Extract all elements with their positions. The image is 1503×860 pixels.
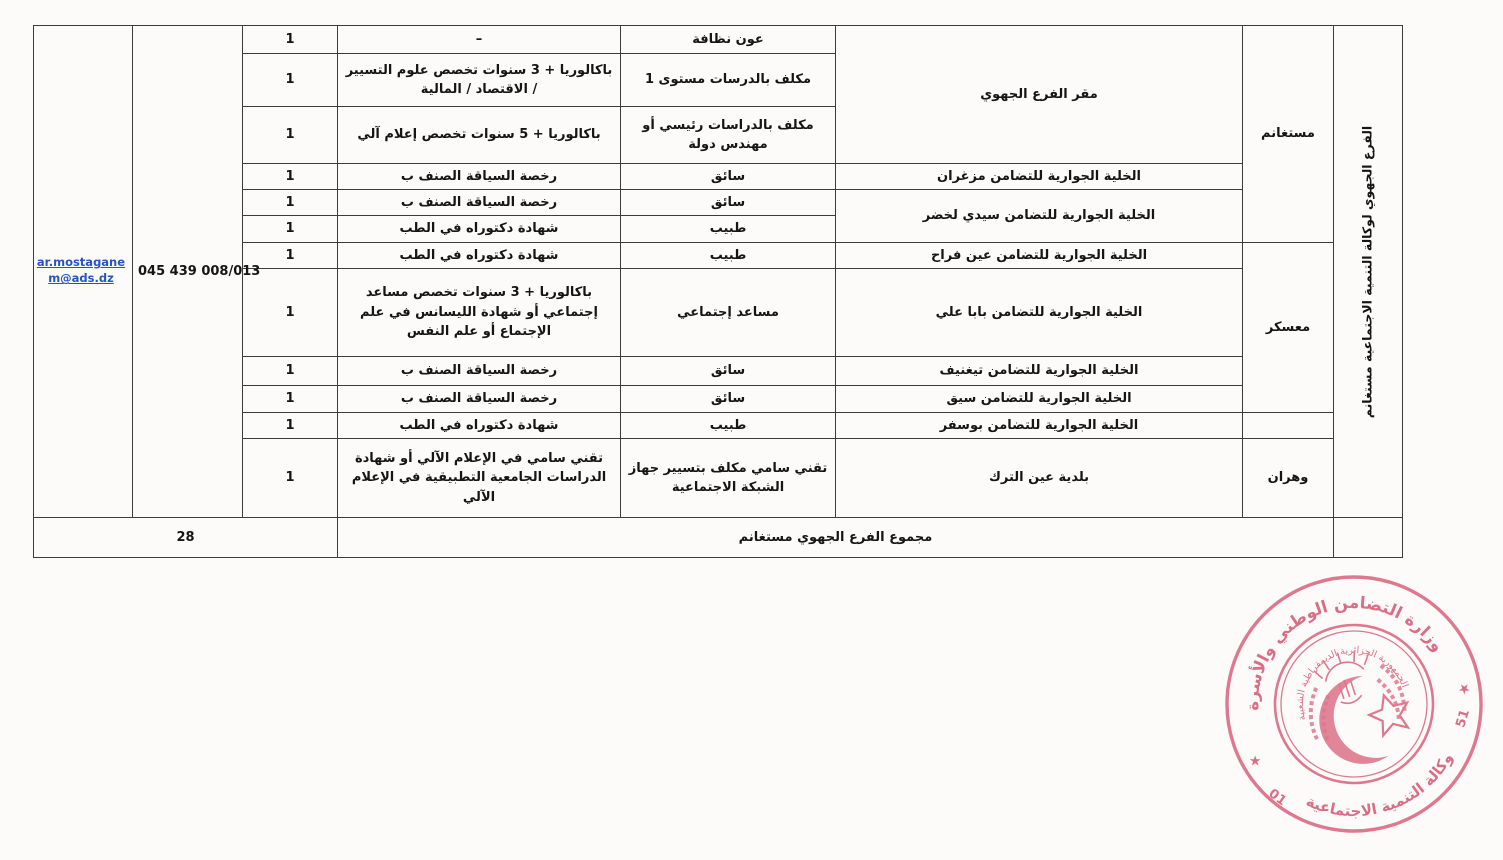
job-title-cell: طبيب xyxy=(621,216,836,243)
qualification-cell: – xyxy=(338,26,621,54)
wilaya-cell-mostaganem: مستغانم xyxy=(1243,26,1334,243)
qualification-cell: رخصة السياقة الصنف ب xyxy=(338,386,621,413)
total-row: مجموع الفرع الجهوي مستغانم 28 xyxy=(34,518,1403,558)
count-cell: 1 xyxy=(243,386,338,413)
branch-vertical-title-cell: الفرع الجهوي لوكالة التنمية الاجتماعية م… xyxy=(1334,26,1403,518)
branch-vertical-title: الفرع الجهوي لوكالة التنمية الاجتماعية م… xyxy=(1359,125,1378,417)
qualification-cell: رخصة السياقة الصنف ب xyxy=(338,190,621,216)
job-title-cell: سائق xyxy=(621,164,836,190)
location-cell-baba-ali: الخلية الجوارية للتضامن بابا علي xyxy=(836,269,1243,357)
qualification-cell: باكالوريا + 3 سنوات تخصص مساعد إجتماعي أ… xyxy=(338,269,621,357)
count-cell: 1 xyxy=(243,269,338,357)
qualification-cell: شهادة دكتوراه في الطب xyxy=(338,413,621,439)
official-stamp: وزارة التضامن الوطني والأسرة وكالة التنم… xyxy=(1208,558,1500,850)
location-cell-sig: الخلية الجوارية للتضامن سيق xyxy=(836,386,1243,413)
job-title-cell: عون نظافة xyxy=(621,26,836,54)
stamp-star-right-icon: ★ xyxy=(1455,679,1475,699)
job-title-cell: مكلف بالدرسات مستوى 1 xyxy=(621,54,836,107)
total-label: مجموع الفرع الجهوي مستغانم xyxy=(338,518,1334,558)
scanned-document-page: الفرع الجهوي لوكالة التنمية الاجتماعية م… xyxy=(0,0,1503,860)
stamp-ring-bottom-text: وكالة التنمية الاجتماعية xyxy=(1299,746,1466,839)
qualification-cell: شهادة دكتوراه في الطب xyxy=(338,243,621,269)
qualification-cell: شهادة دكتوراه في الطب xyxy=(338,216,621,243)
job-title-cell: طبيب xyxy=(621,413,836,439)
count-cell: 1 xyxy=(243,216,338,243)
location-cell-ain-el-turk: بلدية عين الترك xyxy=(836,439,1243,518)
qualification-cell: رخصة السياقة الصنف ب xyxy=(338,164,621,190)
wilaya-cell-empty xyxy=(1243,413,1334,439)
count-cell: 1 xyxy=(243,26,338,54)
email-link[interactable]: ar.mostaganem@ads.dz xyxy=(35,254,127,286)
count-cell: 1 xyxy=(243,190,338,216)
job-title-cell: طبيب xyxy=(621,243,836,269)
count-cell: 1 xyxy=(243,164,338,190)
stamp-number-left: 01 xyxy=(1266,786,1289,809)
qualification-cell: تقني سامي في الإعلام الآلي أو شهادة الدر… xyxy=(338,439,621,518)
qualification-cell: رخصة السياقة الصنف ب xyxy=(338,357,621,386)
location-cell-hq: مقر الفرع الجهوي xyxy=(836,26,1243,164)
phone-number: 045 439 008/013 xyxy=(133,26,243,518)
count-cell: 1 xyxy=(243,439,338,518)
wilaya-cell-oran: وهران xyxy=(1243,439,1334,518)
job-title-cell: سائق xyxy=(621,357,836,386)
wilaya-cell-mascara: معسكر xyxy=(1243,243,1334,413)
stamp-number-right: 51 xyxy=(1453,708,1473,730)
table-row: الفرع الجهوي لوكالة التنمية الاجتماعية م… xyxy=(34,26,1403,54)
ghost-cell xyxy=(1334,518,1403,558)
qualification-cell: باكالوريا + 5 سنوات تخصص إعلام آلي xyxy=(338,107,621,164)
location-cell-ain-farah: الخلية الجوارية للتضامن عين فراح xyxy=(836,243,1243,269)
stamp-graphic: وزارة التضامن الوطني والأسرة وكالة التنم… xyxy=(1208,558,1500,850)
count-cell: 1 xyxy=(243,107,338,164)
location-cell-sidi-lakhdar: الخلية الجوارية للتضامن سيدي لخضر xyxy=(836,190,1243,243)
total-value: 28 xyxy=(34,518,338,558)
email-cell: ar.mostaganem@ads.dz xyxy=(34,26,133,518)
job-title-cell: مكلف بالدراسات رئيسي أو مهندس دولة xyxy=(621,107,836,164)
location-cell-tighennif: الخلية الجوارية للتضامن تيغنيف xyxy=(836,357,1243,386)
job-title-cell: تقني سامي مكلف بتسيير جهاز الشبكة الاجتم… xyxy=(621,439,836,518)
stamp-star-left-icon: ★ xyxy=(1249,754,1262,770)
count-cell: 1 xyxy=(243,413,338,439)
count-cell: 1 xyxy=(243,357,338,386)
job-title-cell: سائق xyxy=(621,190,836,216)
qualification-cell: باكالوريا + 3 سنوات تخصص علوم التسيير / … xyxy=(338,54,621,107)
location-cell-mazagran: الخلية الجوارية للتضامن مزغران xyxy=(836,164,1243,190)
job-title-cell: مساعد إجتماعي xyxy=(621,269,836,357)
staffing-table: الفرع الجهوي لوكالة التنمية الاجتماعية م… xyxy=(33,25,1403,558)
job-title-cell: سائق xyxy=(621,386,836,413)
location-cell-bousfer: الخلية الجوارية للتضامن بوسفر xyxy=(836,413,1243,439)
count-cell: 1 xyxy=(243,54,338,107)
